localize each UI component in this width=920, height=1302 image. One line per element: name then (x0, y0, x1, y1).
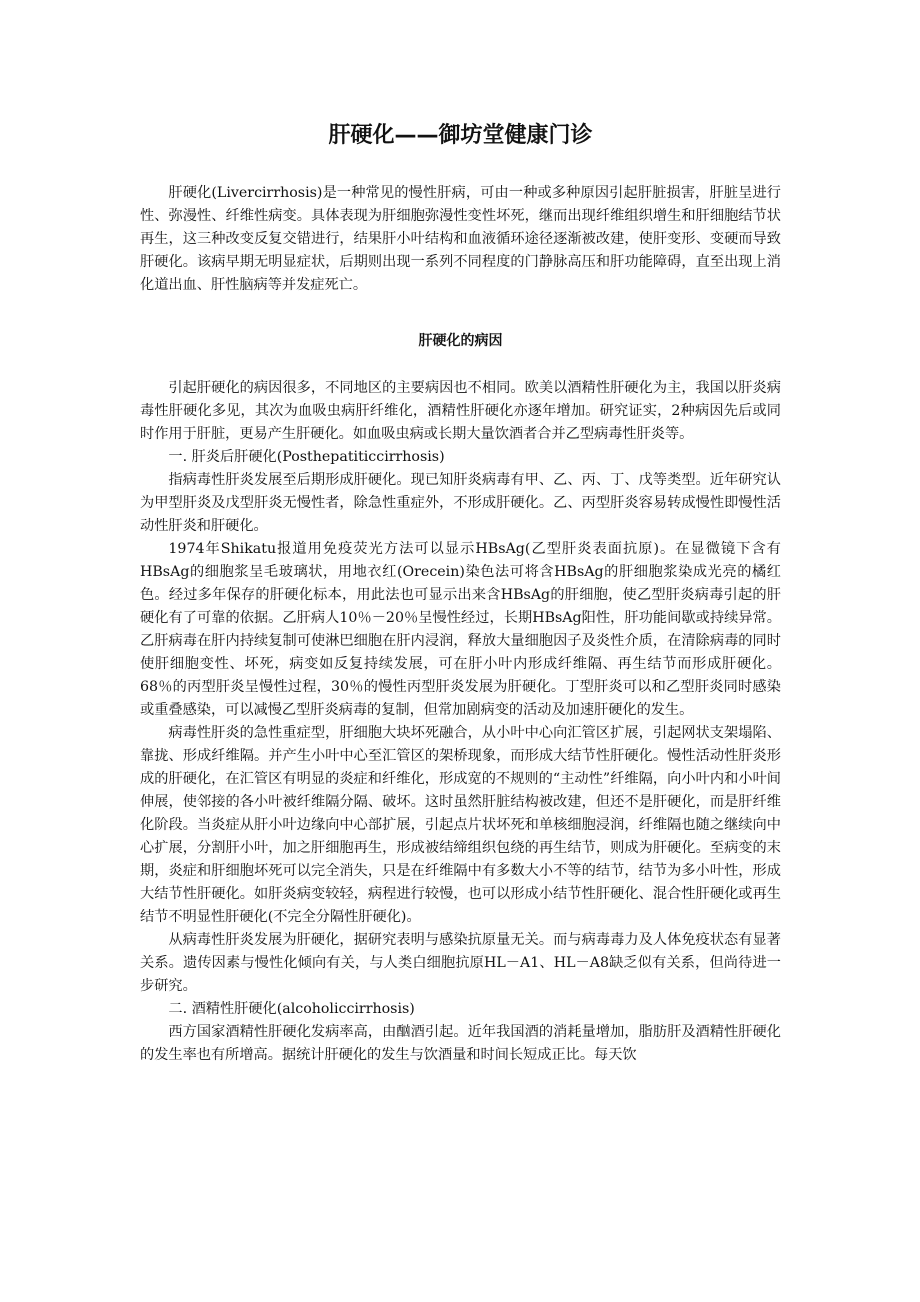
paragraph: 引起肝硬化的病因很多，不同地区的主要病因也不相同。欧美以酒精性肝硬化为主，我国以… (140, 377, 781, 446)
paragraph: 1974年Shikatu报道用免疫荧光方法可以显示HBsAg(乙型肝炎表面抗原)… (140, 538, 781, 722)
subheading-alcoholic: 二. 酒精性肝硬化(alcoholiccirrhosis) (140, 998, 781, 1021)
paragraph: 从病毒性肝炎发展为肝硬化，据研究表明与感染抗原量无关。而与病毒毒力及人体免疫状态… (140, 929, 781, 998)
paragraph: 病毒性肝炎的急性重症型，肝细胞大块坏死融合，从小叶中心向汇管区扩展，引起网状支架… (140, 722, 781, 929)
paragraph: 西方国家酒精性肝硬化发病率高，由酗酒引起。近年我国酒的消耗量增加，脂肪肝及酒精性… (140, 1021, 781, 1067)
intro-paragraph: 肝硬化(Livercirrhosis)是一种常见的慢性肝病，可由一种或多种原因引… (140, 182, 781, 297)
subheading-posthepatitic: 一. 肝炎后肝硬化(Posthepatiticcirrhosis) (140, 446, 781, 469)
intro-block: 肝硬化(Livercirrhosis)是一种常见的慢性肝病，可由一种或多种原因引… (140, 182, 781, 297)
document-title: 肝硬化——御坊堂健康门诊 (140, 121, 781, 151)
body-block: 引起肝硬化的病因很多，不同地区的主要病因也不相同。欧美以酒精性肝硬化为主，我国以… (140, 377, 781, 1067)
paragraph: 指病毒性肝炎发展至后期形成肝硬化。现已知肝炎病毒有甲、乙、丙、丁、戊等类型。近年… (140, 469, 781, 538)
section-title: 肝硬化的病因 (140, 330, 781, 352)
